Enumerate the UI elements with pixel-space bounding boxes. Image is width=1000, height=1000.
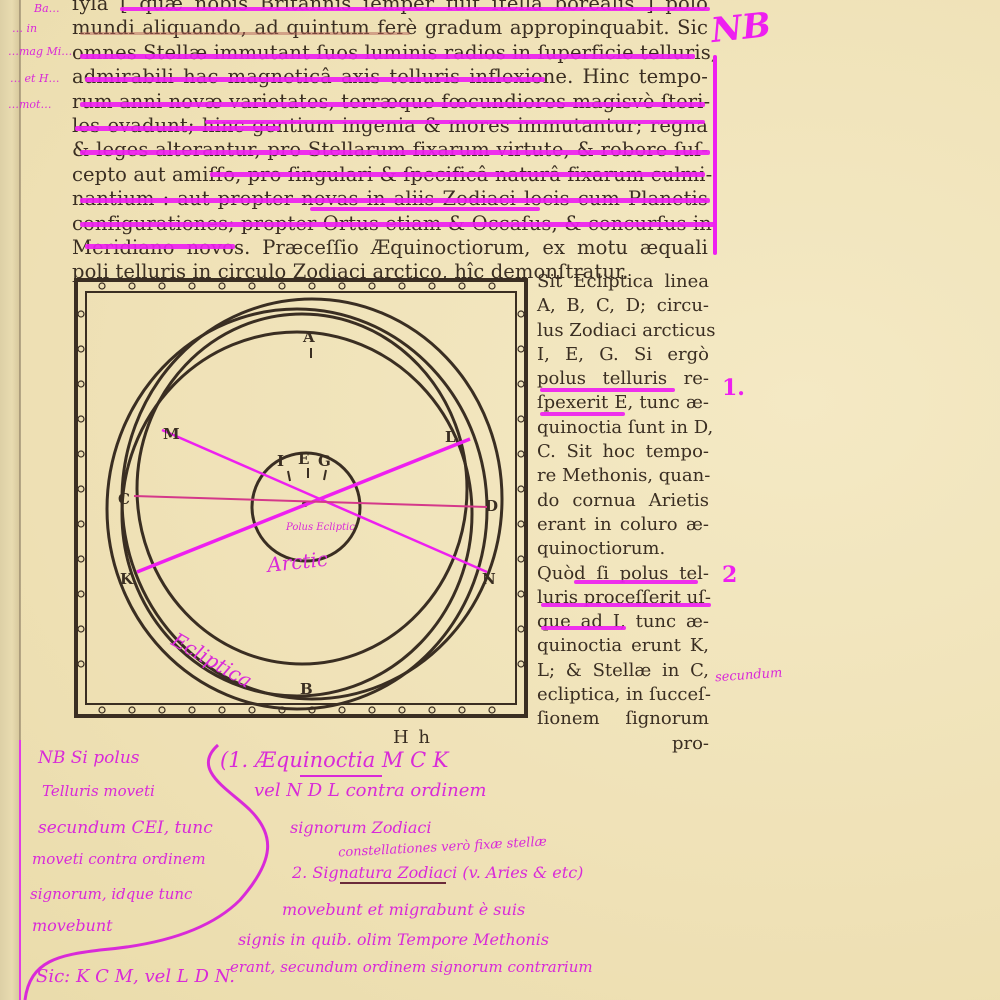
annotation-number-2: 2	[722, 562, 737, 588]
underline	[80, 222, 715, 227]
underline	[85, 77, 545, 82]
margin-note-1: Ba…	[34, 2, 60, 15]
book-page: Ba… … in …mag Mi… … et H… …mot… ſyla [ q…	[0, 0, 1000, 1000]
side-line: re Methonis, quan-	[537, 464, 709, 488]
label-D: D	[485, 497, 498, 515]
note-line: 2. Signatura Zodiaci (v. Aries & etc)	[292, 863, 583, 882]
note-line: NB Si polus	[38, 748, 140, 768]
margin-bracket	[713, 55, 717, 255]
underline	[574, 580, 698, 584]
underline	[540, 388, 675, 392]
side-line: C. Sit hoc tempo-	[537, 440, 709, 464]
text-line: mundi aliquando, ad quintum ferè gradum …	[72, 16, 708, 40]
side-line: L; & Stellæ in C,	[537, 659, 709, 683]
side-line: que ad I, tunc æ-	[537, 610, 709, 634]
side-line: quinoctia ſunt in D,	[537, 416, 709, 440]
underline	[80, 54, 695, 59]
margin-ink-line	[19, 740, 21, 1000]
note-line: (1. Æquinoctia M C K	[220, 748, 449, 772]
note-line: vel N D L contra ordinem	[254, 780, 486, 801]
underline	[541, 603, 711, 607]
side-line: do cornua Arietis	[537, 489, 709, 513]
strike-line	[310, 207, 540, 211]
label-K: K	[120, 570, 134, 588]
strike-line	[205, 120, 705, 124]
underline	[85, 244, 235, 249]
side-line: quinoctiorum.	[537, 537, 709, 561]
catchword: pro-	[537, 732, 709, 756]
underline	[540, 412, 625, 416]
side-line: ſionem ſignorum	[537, 707, 709, 731]
label-A: A	[302, 328, 315, 346]
annotation-number-1: 1.	[722, 375, 745, 401]
label-B: B	[300, 680, 313, 698]
page-signature: H h	[393, 727, 432, 748]
note-line: signis in quib. olim Tempore Methonis	[238, 930, 549, 949]
underline	[80, 198, 710, 203]
polus-annotation: Polus Ecliptic	[285, 522, 355, 533]
note-line: movebunt et migrabunt è suis	[282, 900, 525, 919]
nb-annotation: NB	[709, 5, 773, 51]
note-line: moveti contra ordinem	[32, 850, 206, 868]
secundum-annotation: secundum	[715, 666, 783, 686]
side-line: erant in coluro æ-	[537, 513, 709, 537]
margin-note-5: …mot…	[8, 98, 51, 111]
underline	[210, 172, 705, 177]
side-line: Sit Ecliptica linea	[537, 270, 709, 294]
side-column-text: Sit Ecliptica linea A, B, C, D; circu- l…	[537, 270, 709, 756]
diagram-figure: A B C D K L M N I E G Polus Ecliptic Arc…	[72, 274, 530, 724]
side-line: A, B, C, D; circu-	[537, 294, 709, 318]
side-line: lus Zodiaci arcticus	[537, 319, 709, 343]
label-C: C	[118, 490, 130, 508]
precession-diagram: A B C D K L M N I E G Polus Ecliptic Arc…	[72, 274, 530, 724]
underline	[120, 7, 710, 11]
underline	[80, 102, 705, 107]
note-line: signorum, idque tunc	[30, 885, 192, 903]
ornamental-border	[76, 280, 526, 716]
handwritten-summary: Sic: K C M, vel L D N.	[36, 966, 235, 987]
note-line: secundum CEI, tunc	[38, 818, 213, 838]
underline	[80, 32, 410, 35]
side-line: quinoctia erunt K,	[537, 634, 709, 658]
margin-note-4: … et H…	[10, 72, 60, 85]
underline	[541, 626, 626, 630]
note-line: erant, secundum ordinem signorum contrar…	[230, 958, 593, 976]
side-line: ecliptica, in ſucceſ-	[537, 683, 709, 707]
margin-note-3: …mag Mi…	[8, 45, 72, 58]
label-L: L	[445, 428, 456, 446]
arctic-annotation: Arctic	[264, 547, 329, 577]
note-line: movebunt	[32, 916, 113, 935]
margin-note-2: … in	[12, 22, 37, 35]
page-gutter	[0, 0, 20, 1000]
label-I: I	[277, 452, 284, 470]
label-M: M	[163, 425, 180, 443]
label-G: G	[318, 452, 331, 470]
label-N: N	[482, 570, 496, 588]
label-E: E	[298, 450, 309, 468]
side-line: I, E, G. Si ergò	[537, 343, 709, 367]
note-line: Telluris moveti	[42, 782, 155, 800]
main-text-block: ſyla [ quæ nobis Britannis ſemper fuit ſ…	[72, 0, 708, 285]
note-line: constellationes verò fixæ stellæ	[338, 835, 547, 861]
note-line: signorum Zodiaci	[290, 818, 431, 837]
underline	[75, 126, 280, 131]
underline	[80, 150, 710, 155]
